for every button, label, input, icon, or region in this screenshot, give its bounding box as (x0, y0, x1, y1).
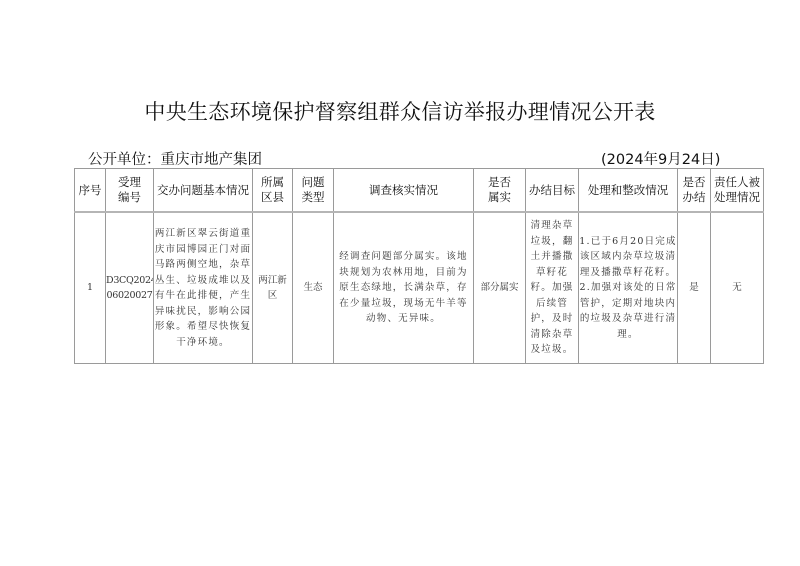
table-row: 1 D3CQ202406020027 两江新区翠云街道重庆市园博园正门对面马路两… (75, 212, 764, 364)
cell-investigation: 经调查问题部分属实。该地块规划为农林用地，目前为原生态绿地，长满杂草，存在少量垃… (334, 212, 474, 364)
report-table: 序号 受理编号 交办问题基本情况 所属区县 问题类型 调查核实情况 是否属实 办… (74, 168, 764, 364)
header-district: 所属区县 (253, 169, 293, 213)
header-is-closed: 是否办结 (678, 169, 711, 213)
cell-code: D3CQ202406020027 (106, 212, 154, 364)
cell-district: 两江新区 (253, 212, 293, 364)
cell-issue: 两江新区翠云街道重庆市园博园正门对面马路两侧空地，杂草丛生、垃圾成堆以及有牛在此… (154, 212, 253, 364)
header-accountability: 责任人被处理情况 (711, 169, 764, 213)
header-issue: 交办问题基本情况 (154, 169, 253, 213)
cell-seq: 1 (75, 212, 106, 364)
header-row: 序号 受理编号 交办问题基本情况 所属区县 问题类型 调查核实情况 是否属实 办… (75, 169, 764, 213)
header-handling: 处理和整改情况 (579, 169, 678, 213)
header-goal: 办结目标 (526, 169, 579, 213)
cell-is-closed: 是 (678, 212, 711, 364)
cell-goal: 清理杂草垃圾，翻土并播撒草籽花籽。加强后续管护，及时清除杂草及垃圾。 (526, 212, 579, 364)
publishing-unit: 公开单位：重庆市地产集团 (88, 148, 262, 169)
header-type: 问题类型 (293, 169, 334, 213)
publish-date: (2024年9月24日) (601, 148, 720, 169)
header-code: 受理编号 (106, 169, 154, 213)
page-title: 中央生态环境保护督察组群众信访举报办理情况公开表 (0, 96, 800, 126)
header-seq: 序号 (75, 169, 106, 213)
header-investigation: 调查核实情况 (334, 169, 474, 213)
cell-accountability: 无 (711, 212, 764, 364)
header-is-true: 是否属实 (474, 169, 526, 213)
cell-type: 生态 (293, 212, 334, 364)
cell-is-true: 部分属实 (474, 212, 526, 364)
cell-handling: 1.已于6月20日完成该区域内杂草垃圾清理及播撒草籽花籽。2.加强对该处的日常管… (579, 212, 678, 364)
